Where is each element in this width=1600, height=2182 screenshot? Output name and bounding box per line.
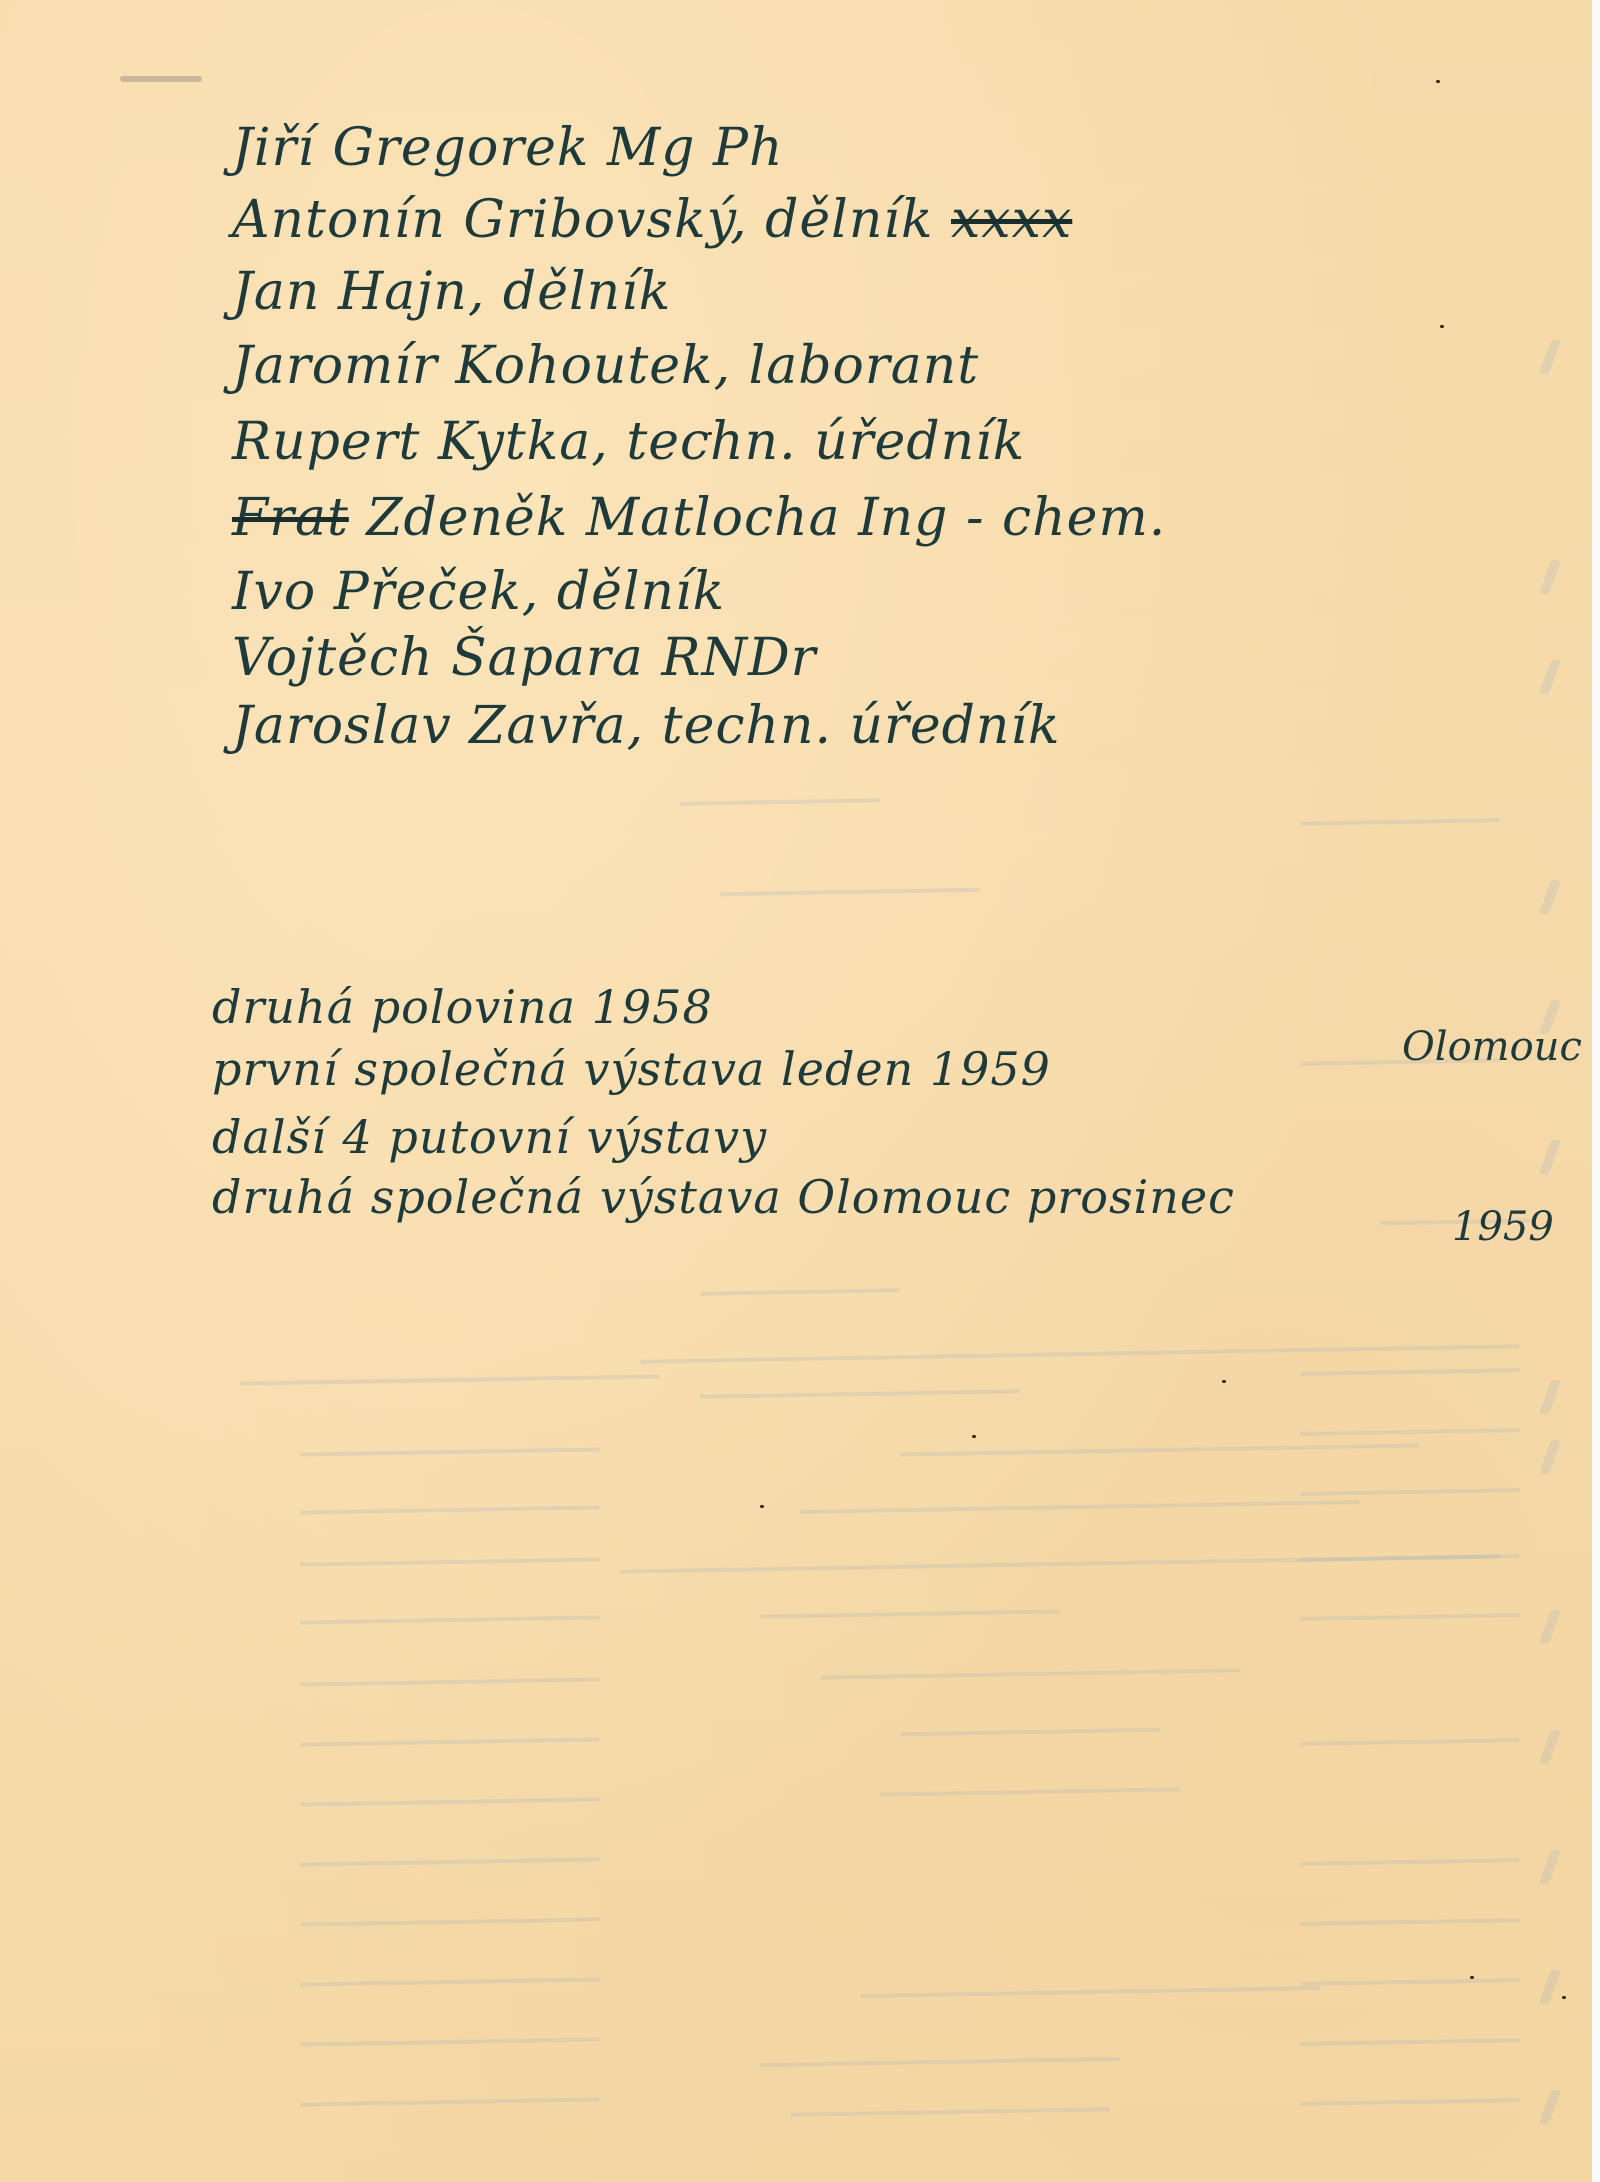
list-item: Ivo Přeček, dělník <box>232 562 725 622</box>
person-name: Antonín Gribovský <box>232 190 730 250</box>
list-item: Rupert Kytka, techn. úředník <box>232 412 1025 472</box>
list-item: Jaromír Kohoutek, laborant <box>232 336 979 396</box>
list-item: Jiří Gregorek Mg Ph <box>232 118 783 178</box>
person-title: dělník <box>557 562 725 622</box>
note-superscript: 1959 <box>1452 1204 1554 1250</box>
note-line: druhá společná výstava Olomouc prosinec <box>212 1170 1235 1224</box>
person-name: Vojtěch Šapara <box>232 628 644 688</box>
list-item: Frat Zdeněk Matlocha Ing - chem. <box>232 488 1166 548</box>
person-name: Jaroslav Zavřa <box>232 696 627 756</box>
person-title: techn. úředník <box>662 696 1061 756</box>
note-superscript: Olomouc <box>1402 1024 1582 1070</box>
person-name: Jiří Gregorek <box>232 118 589 178</box>
person-name: Jaromír Kohoutek <box>232 336 714 396</box>
person-name: Ivo Přeček <box>232 562 522 622</box>
note-line: další 4 putovní výstavy <box>212 1110 767 1164</box>
list-item: Antonín Gribovský, dělník xxxx <box>232 190 1072 250</box>
list-item: Jan Hajn, dělník <box>232 262 671 322</box>
person-title: dělník <box>765 190 933 250</box>
person-title: laborant <box>749 336 979 396</box>
person-title: dělník <box>503 262 671 322</box>
pencil-mark <box>120 76 202 82</box>
person-title: RNDr <box>661 628 816 688</box>
list-item: Vojtěch Šapara RNDr <box>232 628 817 688</box>
document-page: Jiří Gregorek Mg Ph Antonín Gribovský, d… <box>0 0 1592 2182</box>
note-line: druhá polovina 1958 <box>212 980 713 1034</box>
note-line: první společná výstava leden 1959 <box>212 1042 1051 1096</box>
person-title: Ing - chem. <box>858 488 1166 548</box>
person-name: Zdeněk Matlocha <box>366 488 840 548</box>
person-name: Jan Hajn <box>232 262 468 322</box>
person-title: Mg Ph <box>607 118 784 178</box>
struck-word: xxxx <box>951 190 1072 250</box>
person-name: Rupert Kytka <box>232 412 591 472</box>
scan-border <box>1592 0 1600 2182</box>
person-title: techn. úředník <box>626 412 1025 472</box>
struck-word: Frat <box>232 488 349 548</box>
list-item: Jaroslav Zavřa, techn. úředník <box>232 696 1061 756</box>
